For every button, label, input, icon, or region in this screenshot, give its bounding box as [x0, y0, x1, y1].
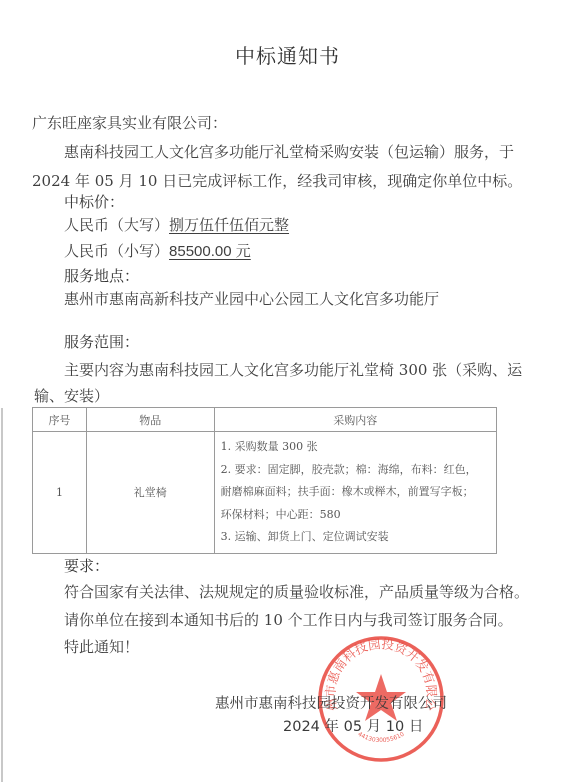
bid-price-upper-label: 人民币（大写） — [64, 216, 169, 234]
cell-content: 1. 采购数量 300 张 2. 要求：固定脚，胶壳款；棉：海绵，布料：红色， … — [214, 432, 496, 554]
header-index: 序号 — [33, 408, 87, 432]
service-location-heading: 服务地点： — [64, 266, 139, 286]
bid-price-heading: 中标价： — [64, 192, 124, 212]
service-scope-line-1: 主要内容为惠南科技园工人文化宫多功能厅礼堂椅 300 张（采购、运 — [64, 360, 522, 380]
bid-price-upper-value: 捌万伍仟伍佰元整 — [169, 216, 289, 234]
content-line: 3. 运输、卸货上门、定位调试安装 — [221, 526, 490, 549]
service-scope-heading: 服务范围： — [64, 332, 139, 352]
table-header-row: 序号 物品 采购内容 — [33, 408, 497, 432]
cell-index: 1 — [33, 432, 87, 554]
table-row: 1 礼堂椅 1. 采购数量 300 张 2. 要求：固定脚，胶壳款；棉：海绵，布… — [33, 432, 497, 554]
issue-date: 2024 年 05 月 10 日 — [283, 715, 423, 736]
cell-item: 礼堂椅 — [86, 432, 214, 554]
document-title: 中标通知书 — [0, 40, 575, 69]
closing-remark: 特此通知！ — [64, 637, 139, 657]
content-line: 耐磨棉麻面料；扶手面：橡木或榉木，前置写字板； — [221, 481, 490, 504]
intro-line-1: 惠南科技园工人文化宫多功能厅礼堂椅采购安装（包运输）服务，于 — [64, 142, 514, 162]
procurement-table: 序号 物品 采购内容 1 礼堂椅 1. 采购数量 300 张 2. 要求：固定脚… — [32, 407, 497, 554]
requirements-line-2: 请你单位在接到本通知书后的 10 个工作日内与我司签订服务合同。 — [64, 610, 513, 630]
header-item: 物品 — [86, 408, 214, 432]
bid-price-lower: 人民币（小写）85500.00 元 — [64, 241, 251, 262]
requirements-heading: 要求： — [64, 556, 109, 576]
bid-price-lower-label: 人民币（小写） — [64, 242, 169, 260]
issuer-company: 惠州市惠南科技园投资开发有限公司 — [215, 692, 447, 713]
header-content: 采购内容 — [214, 408, 496, 432]
page-edge-line — [1, 408, 3, 782]
bid-price-lower-value: 85500.00 元 — [169, 243, 251, 260]
content-line: 1. 采购数量 300 张 — [221, 436, 490, 459]
recipient: 广东旺座家具实业有限公司： — [32, 113, 227, 133]
content-line: 2. 要求：固定脚，胶壳款；棉：海绵，布料：红色， — [221, 459, 490, 482]
service-scope-line-2: 输、安装） — [34, 386, 109, 406]
requirements-line-1: 符合国家有关法律、法规规定的质量验收标准，产品质量等级为合格。 — [64, 582, 529, 602]
service-location-value: 惠州市惠南高新科技产业园中心公园工人文化宫多功能厅 — [64, 289, 439, 309]
bid-price-upper: 人民币（大写）捌万伍仟伍佰元整 — [64, 215, 289, 235]
content-line: 环保材料；中心距：580 — [221, 504, 490, 527]
intro-line-2: 2024 年 05 月 10 日已完成评标工作，经我司审核，现确定你单位中标。 — [32, 171, 522, 191]
